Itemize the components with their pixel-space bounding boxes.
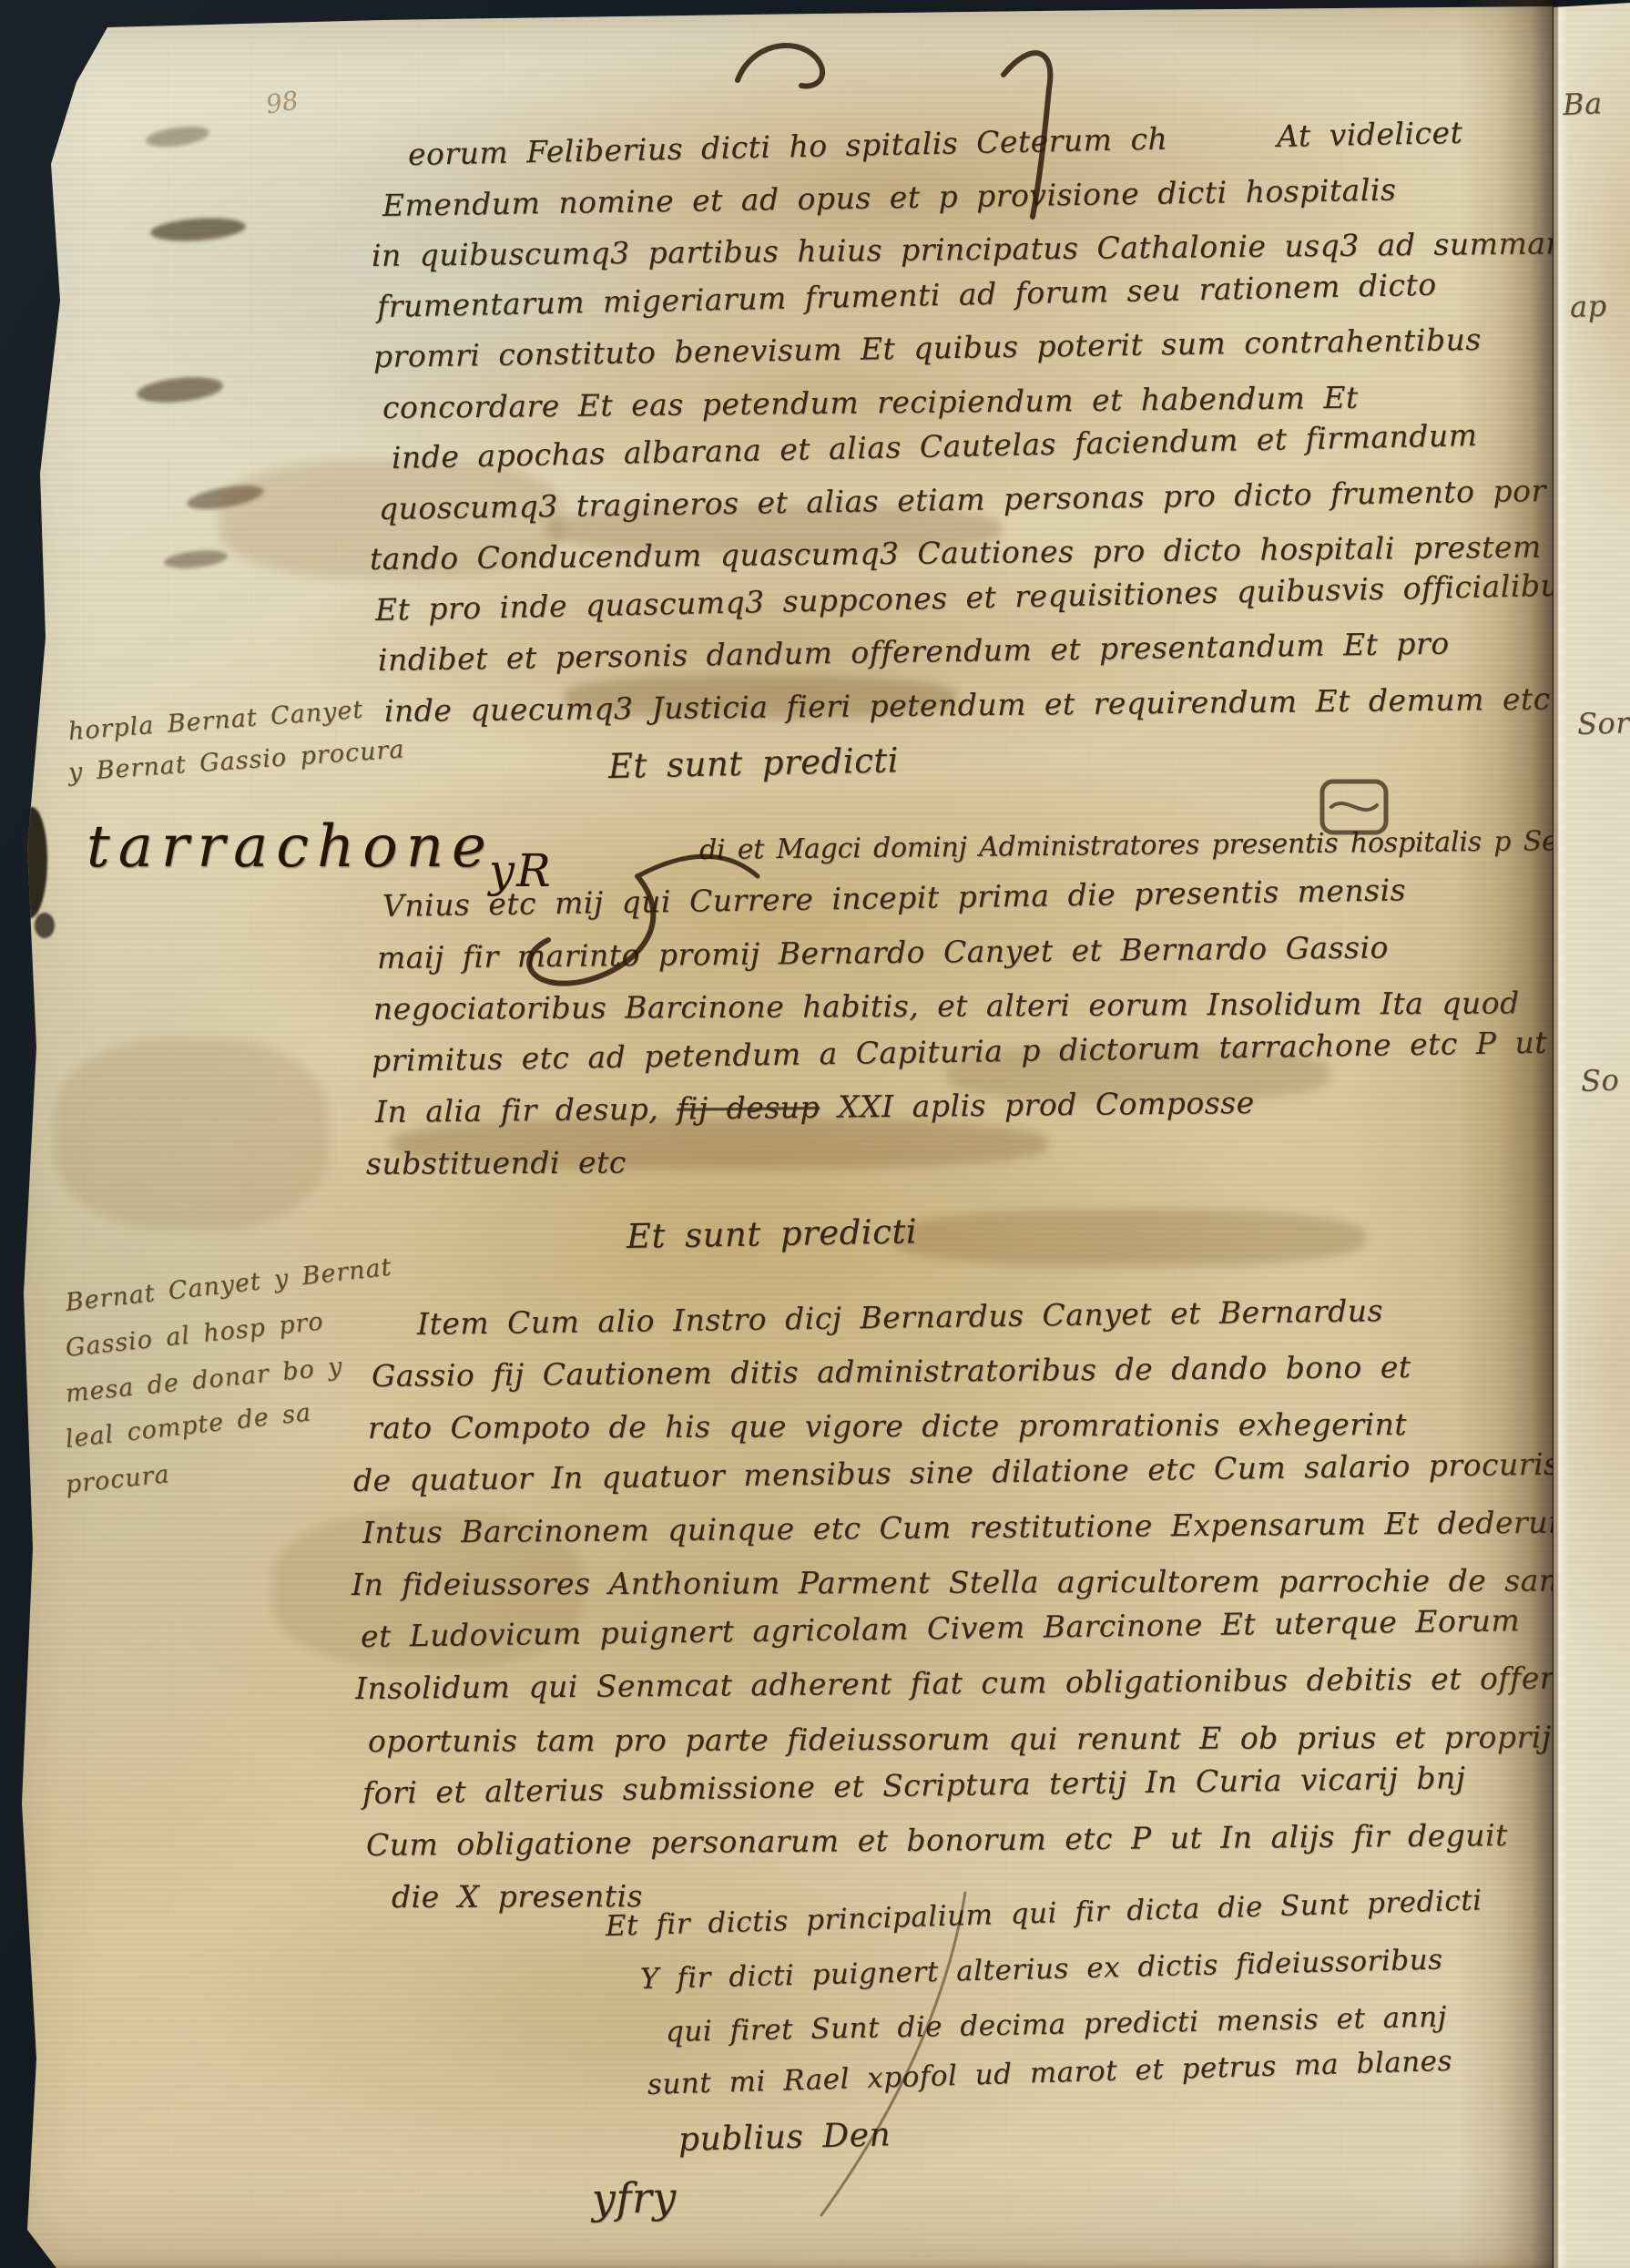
- manuscript-line: die X presentis: [392, 1878, 643, 1915]
- ink-smudge: [136, 373, 224, 406]
- manuscript-line: Gassio fij Cautionem ditis administrator…: [372, 1349, 1411, 1394]
- manuscript-line: Et fir dictis principalium qui fir dicta…: [605, 1884, 1482, 1943]
- line-segment: XXI aplis prod Composse: [820, 1085, 1255, 1125]
- attestation-line: Et sunt predicti: [608, 741, 900, 786]
- manuscript-line: rato Compoto de his que vigore dicte pro…: [368, 1406, 1407, 1446]
- manuscript-line: Y fir dicti puignert alterius ex dictis …: [640, 1943, 1443, 1996]
- ink-bleed-stain: [947, 1046, 1329, 1102]
- manuscript-line: procura: [64, 1460, 171, 1499]
- manuscript-line: publius Den: [677, 2116, 891, 2159]
- manuscript-line: eorum Feliberius dicti ho spitalis Ceter…: [408, 115, 1463, 172]
- manuscript-line: tando Conducendum quascumq3 Cautiones pr…: [370, 529, 1542, 577]
- manuscript-line: So: [1580, 1062, 1620, 1098]
- manuscript-line: In alia fir desup, fij desup XXI aplis p…: [375, 1085, 1255, 1129]
- pen-flourish-strokes: [0, 0, 1630, 2268]
- ink-blob: [15, 807, 47, 918]
- heading-flourish-suffix: yR: [489, 844, 553, 897]
- ink-bleed-stain: [273, 1512, 583, 1667]
- manuscript-line: qui firet Sunt die decima predicti mensi…: [666, 2001, 1447, 2048]
- manuscript-line: Item Cum alio Instro dicj Bernardus Cany…: [417, 1292, 1383, 1342]
- manuscript-page: 98 Et sunt: [0, 0, 1630, 2268]
- manuscript-line: concordare Et eas petendum recipiendum e…: [382, 379, 1359, 424]
- ink-bleed-stain: [219, 460, 565, 578]
- manuscript-scan: 98 Et sunt: [0, 0, 1630, 2268]
- manuscript-line: y Bernat Gassio procura: [67, 735, 406, 787]
- manuscript-line: inde quecumq3 Justicia fieri petendum et…: [384, 680, 1551, 728]
- manuscript-line: horpla Bernat Canyet: [67, 696, 364, 746]
- manuscript-line: Insolidum qui Senmcat adherent fiat cum …: [355, 1660, 1607, 1706]
- page-fold-shadow: [1457, 0, 1555, 2268]
- ink-bleed-stain: [392, 1119, 1047, 1170]
- line-segment: fij desup: [677, 1089, 820, 1127]
- manuscript-line: mesa de donar bo y: [64, 1353, 343, 1408]
- manuscript-line: et Ludovicum puignert agricolam Civem Ba…: [361, 1602, 1521, 1654]
- ink-bleed-stain: [892, 1210, 1366, 1266]
- attestation-line: Et sunt predicti: [627, 1211, 918, 1256]
- manuscript-line: Sor: [1576, 705, 1630, 741]
- manuscript-line: substituendi etc: [366, 1144, 627, 1180]
- heading-tarrachone: tarrachoneyR: [87, 813, 558, 881]
- manuscript-line: In fideiussores Anthonium Parment Stella…: [351, 1562, 1615, 1602]
- manuscript-line: Cum obligatione personarum et bonorum et…: [366, 1817, 1508, 1863]
- ink-bleed-stain: [546, 506, 1002, 553]
- manuscript-line: Vnius etc mij qui Currere incepit prima …: [382, 872, 1407, 924]
- ink-blob: [35, 913, 55, 938]
- manuscript-line: de quatuor In quatuor mensibus sine dila…: [353, 1446, 1560, 1497]
- manuscript-line: fori et alterius submissione et Scriptur…: [362, 1760, 1466, 1811]
- line-segment: In alia fir desup,: [375, 1091, 677, 1129]
- ink-smudge: [149, 215, 246, 243]
- folio-mark: 98: [264, 85, 301, 119]
- manuscript-line: Bernat Canyet y Bernat: [64, 1253, 393, 1317]
- manuscript-line: promri constituto benevisum Et quibus po…: [373, 322, 1482, 374]
- ink-smudge: [186, 481, 266, 514]
- manuscript-line: in quibuscumq3 partibus huius principatu…: [372, 225, 1575, 273]
- manuscript-line: oportunis tam pro parte fideiussorum qui…: [368, 1719, 1552, 1759]
- ink-smudge: [145, 123, 210, 150]
- manuscript-line: Et pro inde quascumq3 suppcones et requi…: [375, 567, 1576, 628]
- manuscript-line: maij fir marinto promij Bernardo Canyet …: [377, 929, 1389, 976]
- manuscript-line: leal compte de sa: [64, 1398, 312, 1454]
- manuscript-line: frumentarum migeriarum frumenti ad forum…: [377, 266, 1437, 323]
- heading-word: tarrachone: [87, 813, 494, 881]
- ink-bleed-stain: [565, 676, 956, 718]
- manuscript-line: quoscumq3 tragineros et alias etiam pers…: [379, 472, 1546, 526]
- manuscript-line: primitus etc ad petendum a Capituria p d…: [372, 1024, 1548, 1078]
- manuscript-line: negociatoribus Barcinone habitis, et alt…: [373, 985, 1520, 1027]
- manuscript-line: Ba: [1562, 86, 1603, 122]
- manuscript-line: sunt mi Rael xpofol ud marot et petrus m…: [647, 2045, 1452, 2101]
- ink-bleed-stain: [55, 1038, 328, 1230]
- ink-smudge: [163, 547, 228, 570]
- manuscript-line: yfry: [591, 2172, 677, 2223]
- manuscript-line: indibet et personis dandum offerendum et…: [378, 626, 1450, 678]
- manuscript-line: Gassio al hosp pro: [64, 1307, 325, 1363]
- manuscript-line: ap: [1569, 289, 1607, 324]
- manuscript-line: Emendum nomine et ad opus et p provision…: [382, 171, 1397, 222]
- manuscript-line: Intus Barcinonem quinque etc Cum restitu…: [362, 1504, 1581, 1550]
- manuscript-line: inde apochas albarana et alias Cautelas …: [392, 417, 1478, 475]
